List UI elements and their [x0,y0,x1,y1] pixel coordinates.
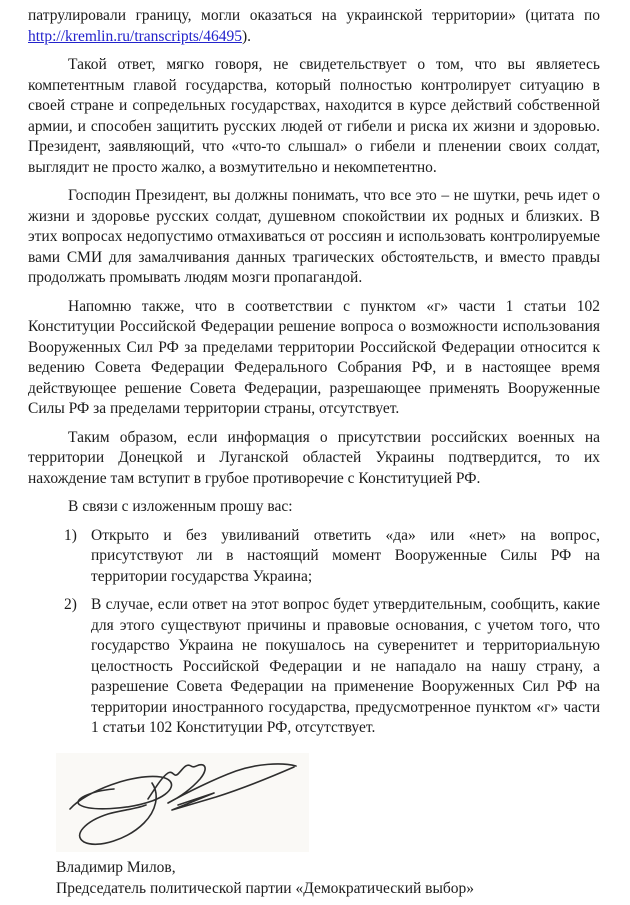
list-item-text: В случае, если ответ на этот вопрос буде… [91,595,600,739]
list-item-number: 2) [64,595,91,739]
list-item: 2) В случае, если ответ на этот вопрос б… [28,595,600,739]
paragraph-not-jokes: Господин Президент, вы должны понимать, … [28,186,600,289]
list-item: 1) Открыто и без увиливаний ответить «да… [28,526,600,588]
kremlin-transcript-link[interactable]: http://kremlin.ru/transcripts/46495 [28,28,242,45]
paragraph-text-before-link: патрулировали границу, могли оказаться н… [28,7,600,24]
paragraph-continuation: патрулировали границу, могли оказаться н… [28,6,600,47]
signatory-name: Владимир Милов, [56,857,600,879]
paragraph-text-after-link: ). [242,28,251,45]
paragraph-request-intro: В связи с изложенным прошу вас: [28,497,600,518]
paragraph-incompetence: Такой ответ, мягко говоря, не свидетельс… [28,55,600,178]
signatory-title: Председатель политической партии «Демокр… [56,878,600,900]
signature-handwritten-image [56,753,309,852]
paragraph-constitution-article: Напомню также, что в соответствии с пунк… [28,297,600,420]
signature-block: Владимир Милов, Председатель политическо… [56,753,600,900]
paragraph-contradiction: Таким образом, если информация о присутс… [28,428,600,490]
request-list: 1) Открыто и без увиливаний ответить «да… [28,526,600,739]
list-item-text: Открыто и без увиливаний ответить «да» и… [91,526,600,588]
letter-page: патрулировали границу, могли оказаться н… [0,0,630,905]
list-item-number: 1) [64,526,91,588]
